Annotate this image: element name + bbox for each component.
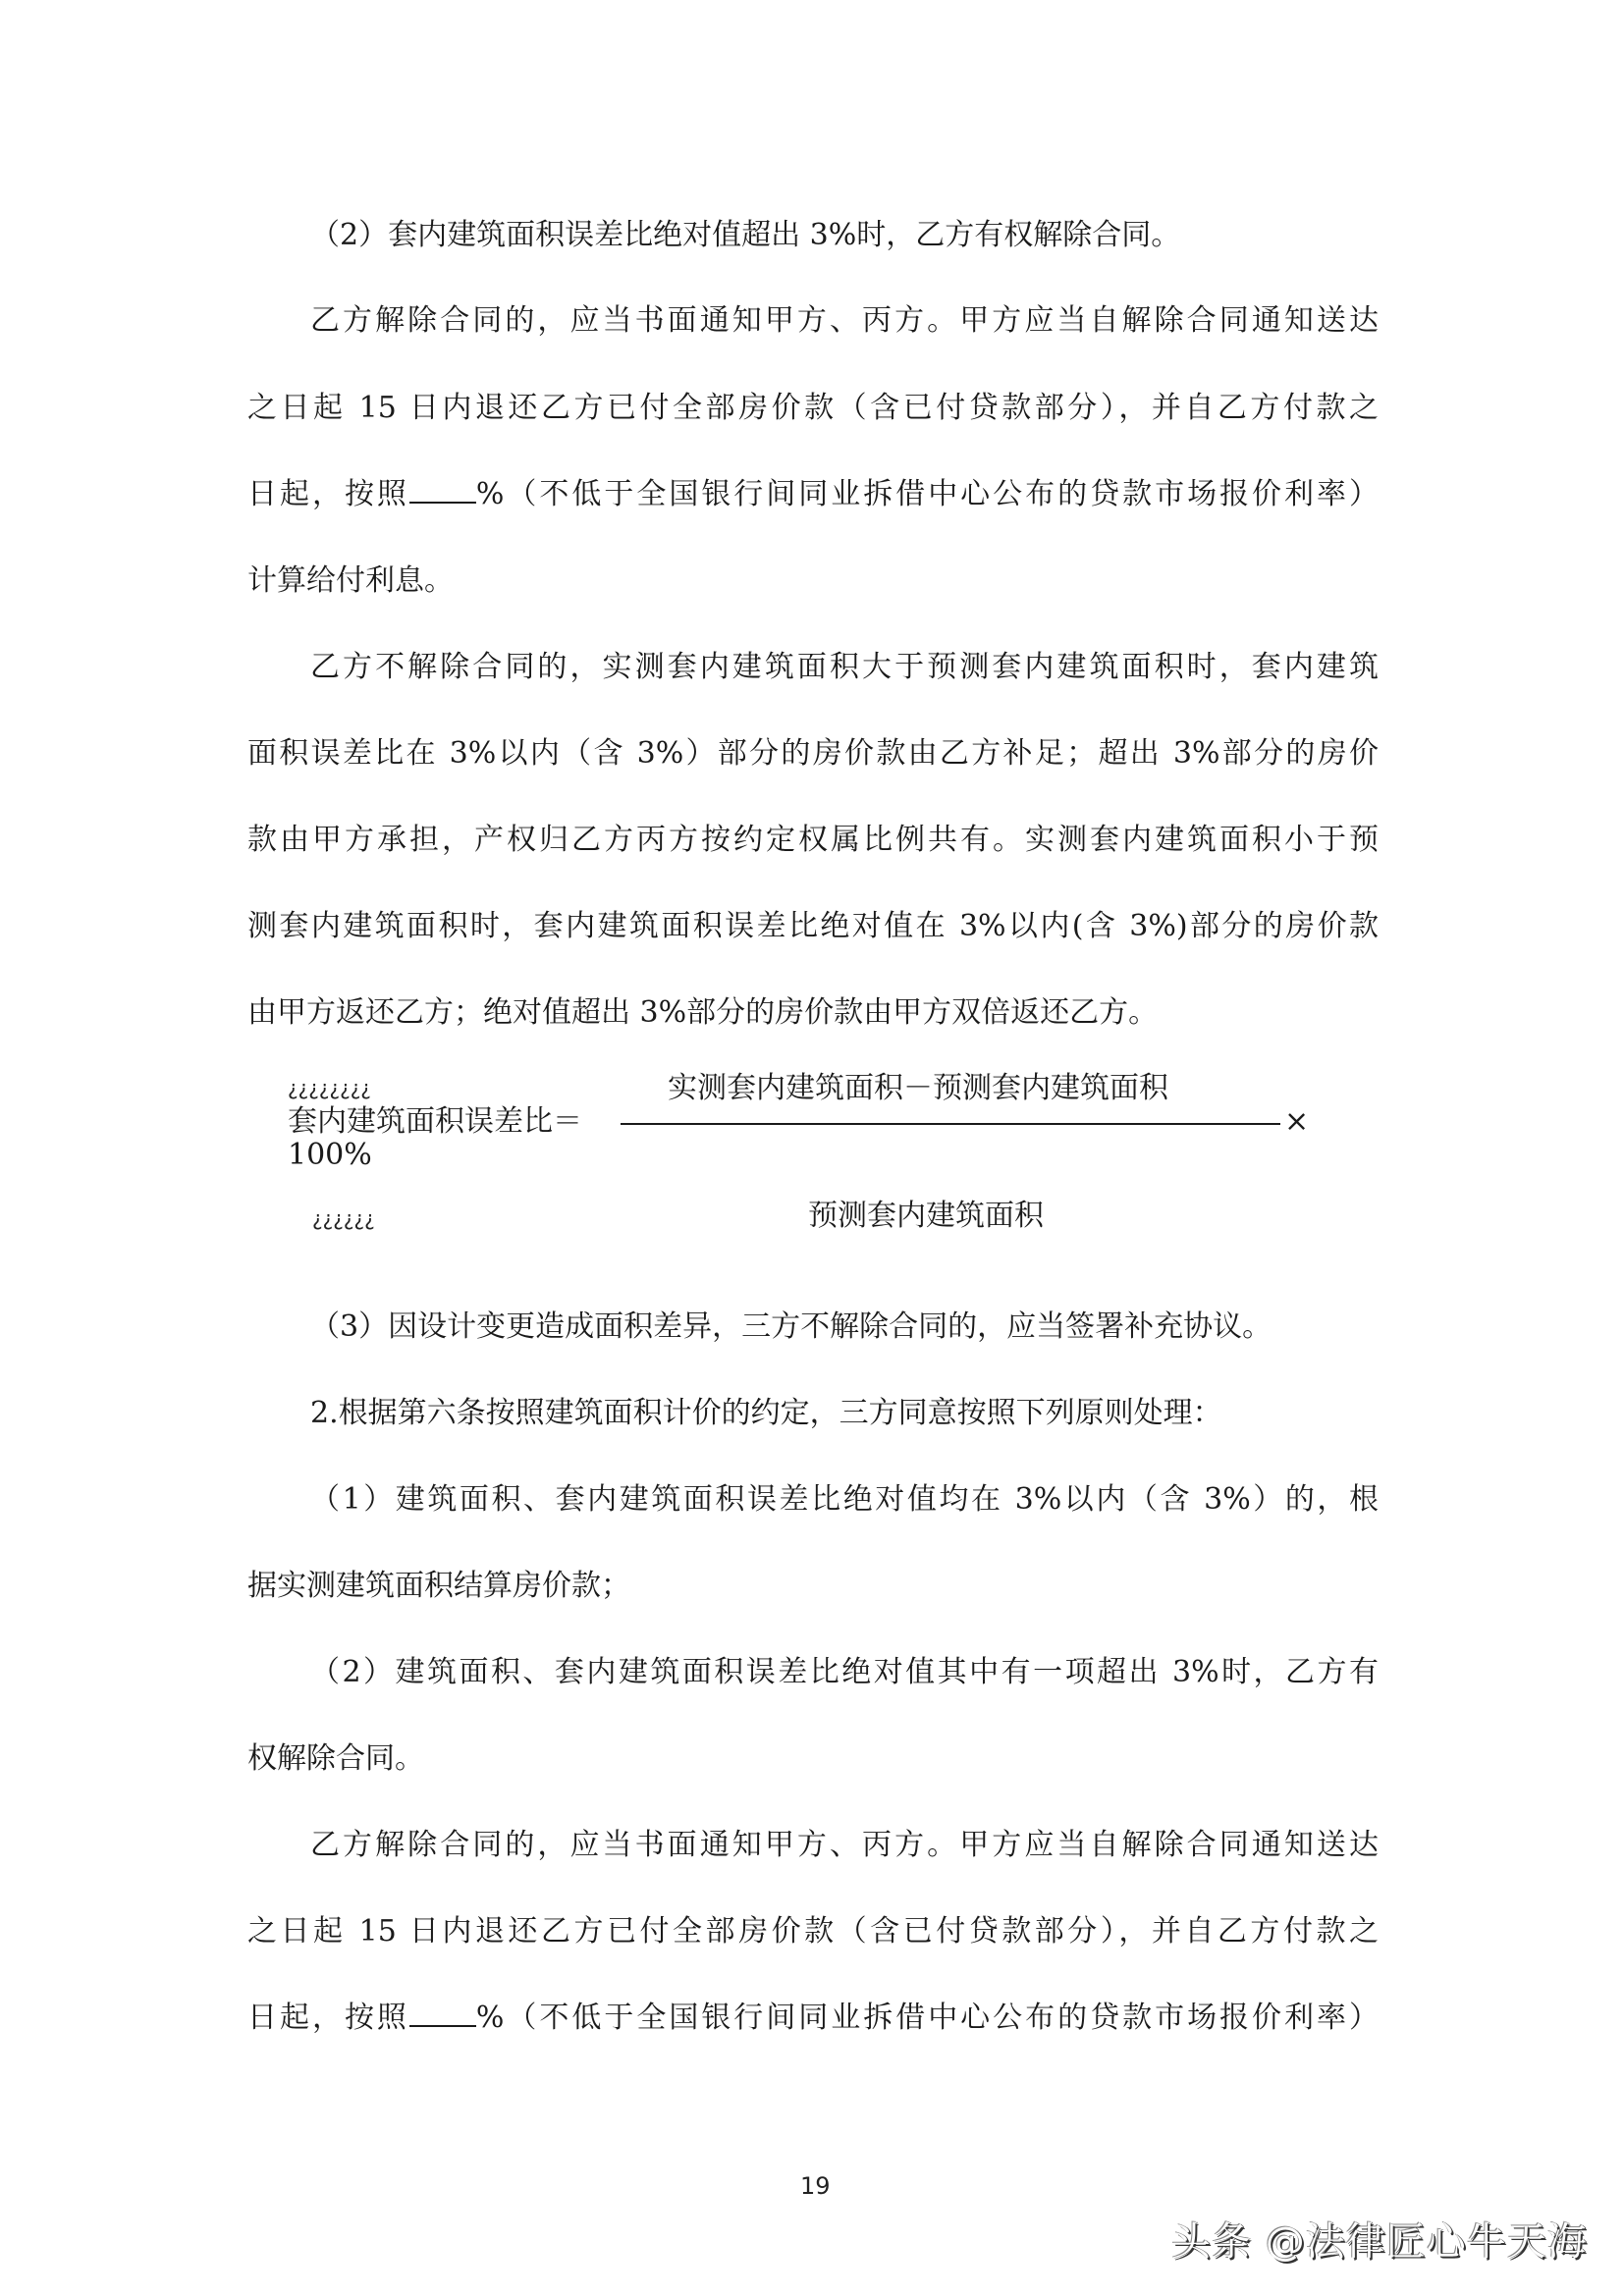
blank-rate-field <box>409 2000 476 2027</box>
paragraph-line: 由甲方返还乙方；绝对值超出 3%部分的房价款由甲方双倍返还乙方。 <box>247 993 1379 1033</box>
formula-glyphs-bottom: ¿¿¿¿¿¿ <box>312 1207 375 1229</box>
paragraph-line: 计算给付利息。 <box>247 561 1379 601</box>
formula-percent: 100% <box>288 1139 372 1172</box>
paragraph-line: 据实测建筑面积结算房价款； <box>247 1567 1379 1606</box>
paragraph-line: 面积误差比在 3%以内（含 3%）部分的房价款由乙方补足；超出 3%部分的房价 <box>247 734 1379 774</box>
watermark: 头条 @法律匠心牛天海 <box>1171 2211 1588 2267</box>
paragraph-line: 权解除合同。 <box>247 1739 1379 1779</box>
formula-times: × <box>1284 1105 1309 1139</box>
paragraph-line-with-blank: 日起，按照%（不低于全国银行间同业拆借中心公布的贷款市场报价利率） <box>247 1999 1379 2038</box>
text-segment: %（不低于全国银行间同业拆借中心公布的贷款市场报价利率） <box>476 477 1379 511</box>
page-number: 19 <box>800 2172 831 2200</box>
paragraph-line: 乙方解除合同的，应当书面通知甲方、丙方。甲方应当自解除合同通知送达 <box>247 301 1379 341</box>
formula-numerator: 实测套内建筑面积－预测套内建筑面积 <box>668 1072 1168 1105</box>
paragraph-line: 款由甲方承担，产权归乙方丙方按约定权属比例共有。实测套内建筑面积小于预 <box>247 821 1379 860</box>
paragraph-line-with-blank: 日起，按照%（不低于全国银行间同业拆借中心公布的贷款市场报价利率） <box>247 475 1379 514</box>
formula-denominator: 预测套内建筑面积 <box>808 1200 1044 1233</box>
paragraph-line: （2）套内建筑面积误差比绝对值超出 3%时，乙方有权解除合同。 <box>247 216 1379 255</box>
text-segment: %（不低于全国银行间同业拆借中心公布的贷款市场报价利率） <box>476 2001 1379 2035</box>
paragraph-line: 之日起 15 日内退还乙方已付全部房价款（含已付贷款部分），并自乙方付款之 <box>247 1912 1379 1951</box>
paragraph-line: 之日起 15 日内退还乙方已付全部房价款（含已付贷款部分），并自乙方付款之 <box>247 389 1379 428</box>
text-segment: 日起，按照 <box>247 477 409 511</box>
paragraph-line: （1）建筑面积、套内建筑面积误差比绝对值均在 3%以内（含 3%）的，根 <box>247 1480 1379 1520</box>
blank-rate-field <box>409 476 476 504</box>
paragraph-line: （2）建筑面积、套内建筑面积误差比绝对值其中有一项超出 3%时，乙方有 <box>247 1653 1379 1692</box>
paragraph-line: 2.根据第六条按照建筑面积计价的约定，三方同意按照下列原则处理： <box>247 1394 1379 1433</box>
paragraph-line: 测套内建筑面积时，套内建筑面积误差比绝对值在 3%以内(含 3%)部分的房价款 <box>247 907 1379 946</box>
paragraph-line: （3）因设计变更造成面积差异，三方不解除合同的，应当签署补充协议。 <box>247 1308 1379 1347</box>
formula-label: 套内建筑面积误差比＝ <box>288 1105 582 1139</box>
formula-glyphs-top: ¿¿¿¿¿¿¿¿ <box>288 1077 371 1098</box>
fraction-bar <box>621 1123 1280 1125</box>
paragraph-line: 乙方不解除合同的，实测套内建筑面积大于预测套内建筑面积时，套内建筑 <box>247 648 1379 687</box>
text-segment: 日起，按照 <box>247 2001 409 2035</box>
paragraph-line: 乙方解除合同的，应当书面通知甲方、丙方。甲方应当自解除合同通知送达 <box>247 1826 1379 1865</box>
